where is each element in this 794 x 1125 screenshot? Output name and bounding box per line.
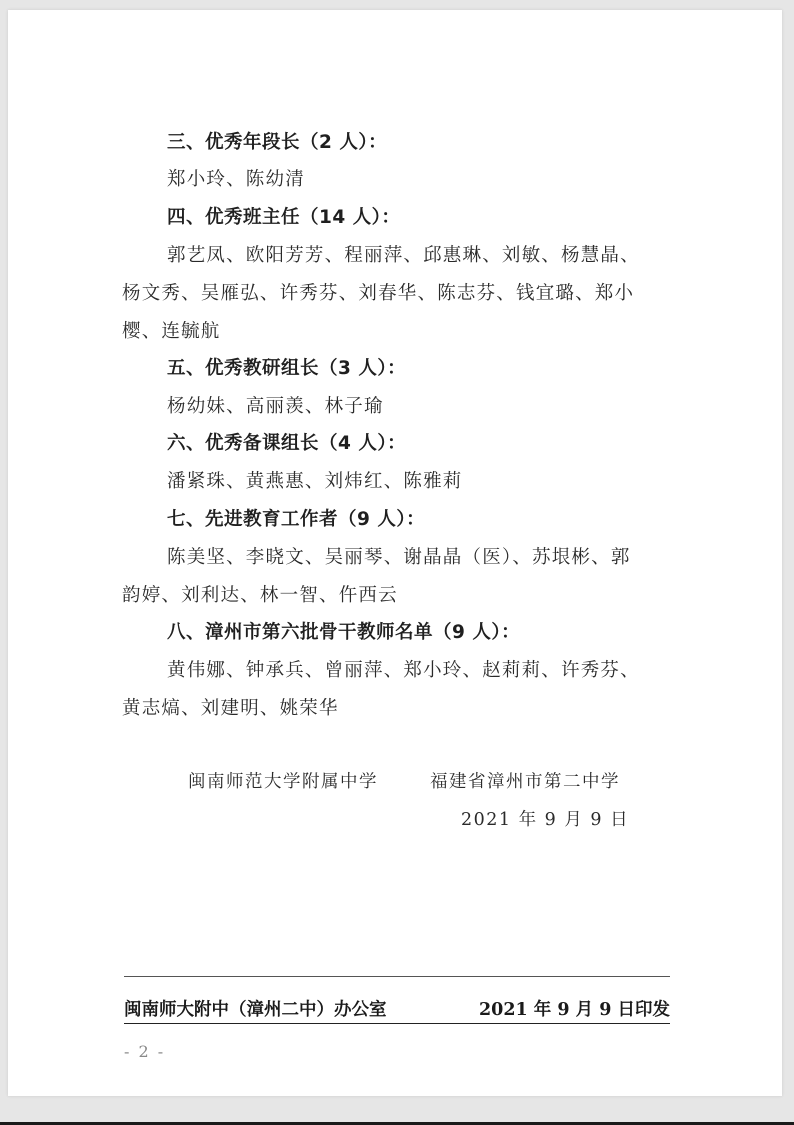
signature-date: 2021 年 9 月 9 日 (461, 806, 629, 831)
footer-issue-date: 2021 年 9 月 9 日印发 (479, 996, 670, 1021)
names-line: 潘紧珠、黄燕惠、刘炜红、陈雅莉 (167, 467, 463, 493)
names-line: 杨文秀、吴雁弘、许秀芬、刘春华、陈志芬、钱宜璐、郑小 (122, 279, 634, 305)
signature-org-1: 闽南师范大学附属中学 (188, 768, 378, 793)
footer-issuer: 闽南师大附中（漳州二中）办公室 (124, 996, 387, 1021)
signature-org-2: 福建省漳州市第二中学 (430, 768, 620, 793)
names-line: 杨幼妹、高丽羡、林子瑜 (167, 392, 384, 418)
names-line: 郑小玲、陈幼清 (167, 165, 305, 191)
section-heading-outstanding-grade-leaders: 三、优秀年段长（2 人）： (167, 128, 387, 154)
section-heading-key-teachers-list: 八、漳州市第六批骨干教师名单（9 人）： (167, 618, 520, 644)
names-line: 韵婷、刘利达、林一智、仵西云 (122, 581, 398, 607)
names-line: 陈美坚、李晓文、吴丽琴、谢晶晶（医）、苏垠彬、郭 (167, 543, 631, 569)
section-heading-outstanding-class-teachers: 四、优秀班主任（14 人）： (167, 203, 400, 229)
section-heading-outstanding-lesson-prep-leaders: 六、优秀备课组长（4 人）： (167, 429, 406, 455)
section-heading-advanced-educators: 七、先进教育工作者（9 人）： (167, 505, 425, 531)
names-line: 郭艺凤、欧阳芳芳、程丽萍、邱惠琳、刘敏、杨慧晶、 (167, 241, 640, 267)
page-number: - 2 - (124, 1042, 165, 1061)
section-heading-outstanding-research-leaders: 五、优秀教研组长（3 人）： (167, 354, 406, 380)
names-line: 樱、连毓航 (122, 317, 221, 343)
document-content: 三、优秀年段长（2 人）： 郑小玲、陈幼清 四、优秀班主任（14 人）： 郭艺凤… (8, 10, 782, 1096)
footer-issue-line: 闽南师大附中（漳州二中）办公室 2021 年 9 月 9 日印发 (124, 993, 670, 1024)
document-page: 三、优秀年段长（2 人）： 郑小玲、陈幼清 四、优秀班主任（14 人）： 郭艺凤… (8, 10, 782, 1096)
names-line: 黄伟娜、钟承兵、曾丽萍、郑小玲、赵莉莉、许秀芬、 (167, 656, 640, 682)
names-line: 黄志熇、刘建明、姚荣华 (122, 694, 339, 720)
footer-top-rule (124, 976, 670, 977)
